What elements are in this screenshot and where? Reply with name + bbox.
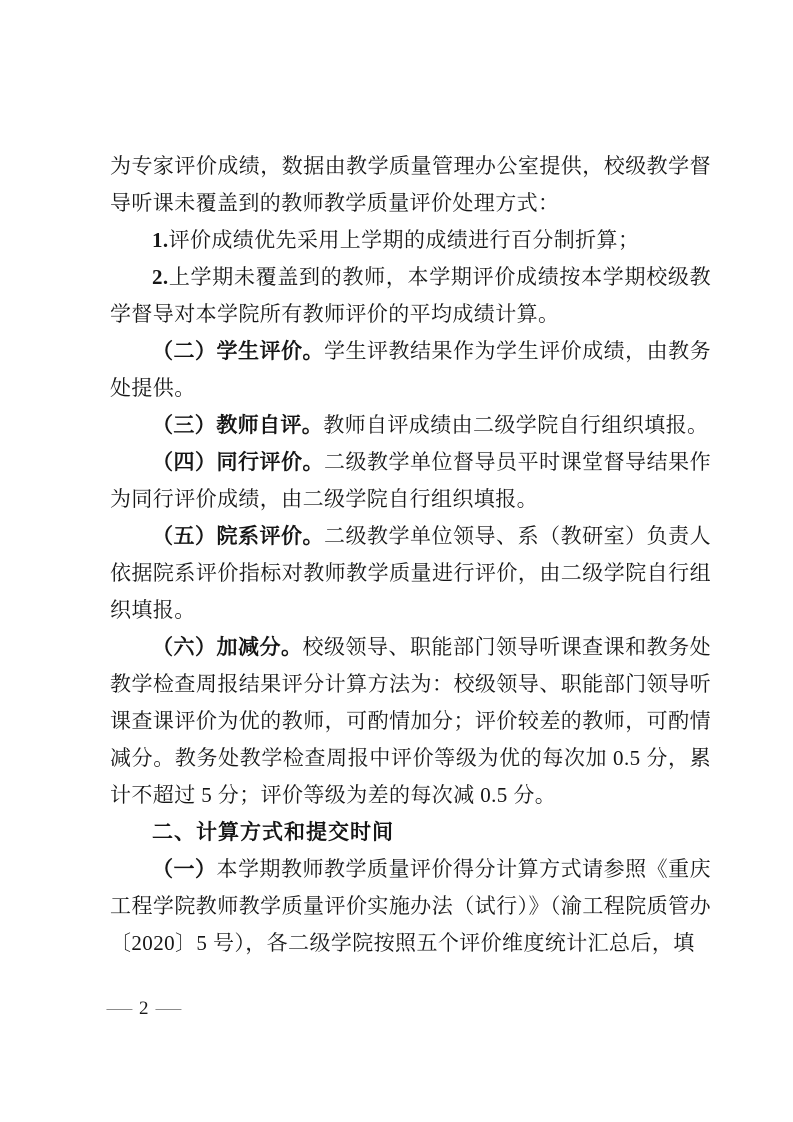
- item-bonus-penalty: （六）加减分。校级领导、职能部门领导听课查课和教务处教学检查周报结果评分计算方法…: [110, 629, 711, 814]
- page-number-dash-left: —: [107, 998, 133, 1020]
- paragraph-text: 评价成绩优先采用上学期的成绩进行百分制折算；: [169, 228, 640, 252]
- paragraph-calculation-method: （一）本学期教师教学质量评价得分计算方式请参照《重庆工程学院教师教学质量评价实施…: [110, 851, 711, 962]
- paragraph-text: 校级领导、职能部门领导听课查课和教务处教学检查周报结果评分计算方法为：校级领导、…: [110, 635, 711, 807]
- list-number: 1.: [152, 228, 169, 252]
- paragraph-text: 为专家评价成绩，数据由教学质量管理办公室提供，校级教学督导听课未覆盖到的教师教学…: [110, 154, 711, 215]
- item-student-evaluation: （二）学生评价。学生评教结果作为学生评价成绩，由教务处提供。: [110, 333, 711, 407]
- paragraph-lead: （二）学生评价。: [152, 339, 324, 363]
- page-number-value: 2: [139, 998, 149, 1019]
- paragraph-text: 上学期未覆盖到的教师，本学期评价成绩按本学期校级教学督导对本学院所有教师评价的平…: [110, 265, 711, 326]
- item-department-evaluation: （五）院系评价。二级教学单位领导、系（教研室）负责人依据院系评价指标对教师教学质…: [110, 518, 711, 629]
- list-number: 2.: [152, 265, 169, 289]
- document-page: 为专家评价成绩，数据由教学质量管理办公室提供，校级教学督导听课未覆盖到的教师教学…: [0, 0, 793, 1122]
- item-peer-evaluation: （四）同行评价。二级教学单位督导员平时课堂督导结果作为同行评价成绩，由二级学院自…: [110, 444, 711, 518]
- paragraph-lead: （四）同行评价。: [152, 450, 324, 474]
- section-heading-text: 二、计算方式和提交时间: [152, 821, 394, 844]
- paragraph-lead: （六）加减分。: [152, 635, 303, 659]
- paragraph-lead: （三）教师自评。: [152, 413, 323, 437]
- section-heading-calculation: 二、计算方式和提交时间: [110, 814, 711, 851]
- page-number-dash-right: —: [155, 998, 181, 1020]
- paragraph-text: 教师自评成绩由二级学院自行组织填报。: [323, 413, 708, 437]
- document-body: 为专家评价成绩，数据由教学质量管理办公室提供，校级教学督导听课未覆盖到的教师教学…: [110, 148, 711, 962]
- item-rule-2: 2.上学期未覆盖到的教师，本学期评价成绩按本学期校级教学督导对本学院所有教师评价…: [110, 259, 711, 333]
- page-number: —2—: [104, 998, 184, 1020]
- item-teacher-self-evaluation: （三）教师自评。教师自评成绩由二级学院自行组织填报。: [110, 407, 711, 444]
- paragraph-lead: （五）院系评价。: [152, 524, 324, 548]
- paragraph-expert-eval-continuation: 为专家评价成绩，数据由教学质量管理办公室提供，校级教学督导听课未覆盖到的教师教学…: [110, 148, 711, 222]
- paragraph-lead: （一）: [152, 857, 217, 881]
- item-rule-1: 1.评价成绩优先采用上学期的成绩进行百分制折算；: [110, 222, 711, 259]
